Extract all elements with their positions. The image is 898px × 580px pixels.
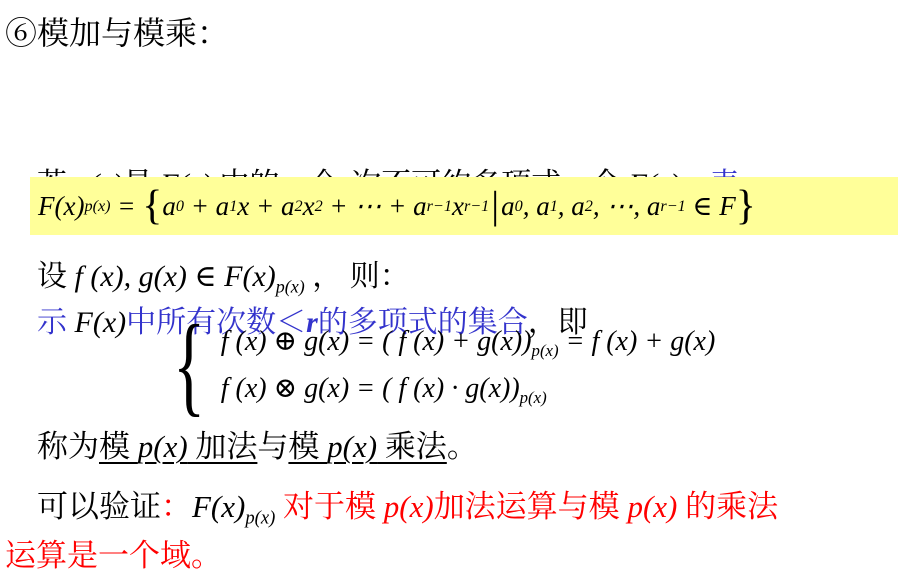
text-run: 称为 (37, 429, 99, 464)
text-run: ： (161, 489, 192, 524)
text-run: F(x) (38, 191, 84, 222)
equation-system: { f (x) ⊕ g(x) = ( f (x) + g(x))p(x) = f… (173, 309, 715, 421)
text-run: = f (x) + g(x) (559, 326, 716, 357)
set-definition-formula: F(x)p(x) = {a0 + a1x + a2x2 + ⋯ + ar−1xr… (30, 177, 898, 235)
equation-lines: f (x) ⊕ g(x) = ( f (x) + g(x))p(x) = f (… (221, 318, 716, 412)
text-run: , ⋯, a (593, 191, 661, 222)
text-run: p(x) (276, 276, 305, 296)
text-run: + a (184, 191, 229, 222)
text-run: 乘法 (377, 429, 447, 464)
text-run: f (x), g(x) ∈ F(x) (75, 260, 276, 293)
text-run: p(x) (627, 489, 677, 524)
page-title: ⑥模加与模乘： (5, 8, 229, 54)
text-run: a (501, 191, 515, 222)
text-run: = (111, 191, 143, 222)
text-run: , a (558, 191, 585, 222)
text-run: f (x) ⊕ g(x) = (221, 326, 382, 357)
text-run: + ⋯ + a (323, 191, 427, 222)
text-run: ∈ F (686, 191, 736, 222)
text-run: ， 则： (305, 260, 410, 293)
text-run: 示 (37, 306, 75, 339)
left-curly-brace: { (173, 309, 205, 421)
text-run: F(x) (192, 489, 245, 524)
text-run: 模 (288, 429, 327, 464)
text-run: ( f (x) · g(x)) (382, 373, 520, 404)
text-run: p(x) (384, 489, 434, 524)
text-run: 运算是一个域。 (5, 538, 222, 573)
text-run: p(x) (532, 341, 559, 360)
text-run: F(x) (75, 306, 127, 339)
text-run: 加法 (188, 429, 258, 464)
equation-mod-add: f (x) ⊕ g(x) = ( f (x) + g(x))p(x) = f (… (221, 318, 716, 365)
conclusion-line-1: 可以验证：F(x)p(x) 对于模 p(x)加法运算与模 p(x) 的乘法 (37, 481, 778, 526)
text-run: x (452, 191, 464, 222)
text-run: 。 (447, 429, 478, 464)
text-run: p(x) (327, 429, 377, 464)
text-run: p(x) (520, 388, 547, 407)
text-run: 的乘法 (677, 489, 778, 524)
let-statement-line: 设 f (x), g(x) ∈ F(x)p(x) ， 则： (37, 251, 410, 295)
text-run: 与 (257, 429, 288, 464)
text-run: 加法运算与模 (434, 489, 628, 524)
text-run: p(x) (245, 508, 275, 529)
text-run: f (x) ⊗ g(x) = (221, 373, 382, 404)
text-run: , a (523, 191, 550, 222)
text-run: 设 (37, 260, 75, 293)
equation-mod-mul: f (x) ⊗ g(x) = ( f (x) · g(x))p(x) (221, 365, 716, 412)
conclusion-line-2: 运算是一个域。 (5, 530, 222, 575)
text-run: x + a (237, 191, 294, 222)
text-run: ⑥模加与模乘： (5, 15, 229, 51)
text-run: a (162, 191, 176, 222)
text-run: 可以验证 (37, 489, 161, 524)
text-run: 对于模 (275, 489, 384, 524)
text-run: ( f (x) + g(x)) (382, 326, 531, 357)
text-run: 模 (99, 429, 138, 464)
lecture-slide: ⑥模加与模乘： 若 p(x)是 F(x) 中的一个r次不可约多项式。令 F(x)… (0, 0, 898, 580)
text-run: x (303, 191, 315, 222)
text-run: p(x) (138, 429, 188, 464)
naming-line: 称为模 p(x) 加法与模 p(x) 乘法。 (37, 421, 478, 466)
